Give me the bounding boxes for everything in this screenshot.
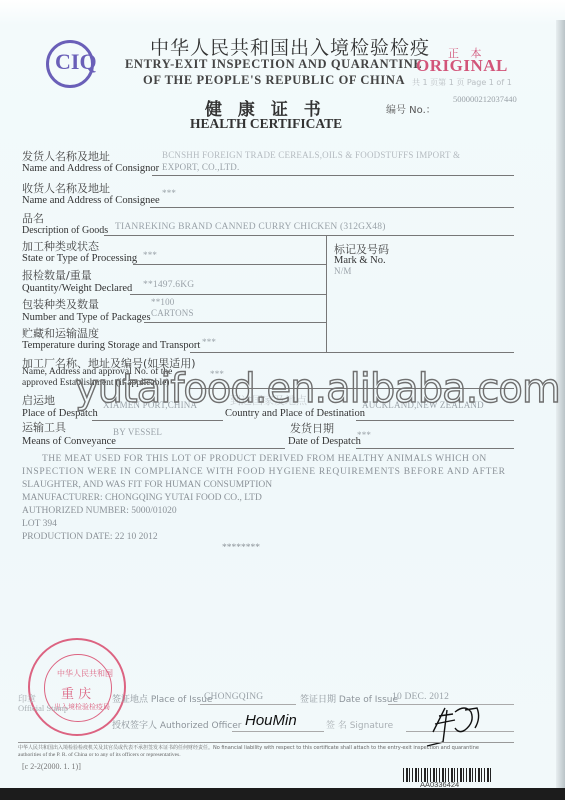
conveyance-label: Means of Conveyance	[22, 436, 116, 447]
quantity-underline	[130, 294, 326, 295]
disclaimer-line1: 中华人民共和国出入境检验检疫机关及其官员或代表不承担签发本证书的任何财经责任。N…	[18, 744, 479, 751]
seal-inner-top: 中华人民共和国	[57, 668, 113, 679]
lot-number: LOT 394	[22, 518, 57, 531]
footer-divider	[18, 742, 514, 743]
end-mark: ********	[222, 542, 260, 555]
logo-text: CIQ	[55, 49, 97, 75]
goods-label: Description of Goods	[22, 225, 108, 236]
statement-line3: SLAUGHTER, AND WAS FIT FOR HUMAN CONSUMP…	[22, 479, 272, 492]
place-of-issue-value: CHONGQING	[204, 692, 263, 702]
despatch-place-underline	[92, 420, 223, 421]
quantity-value: **1497.6KG	[143, 280, 194, 290]
authorized-number: AUTHORIZED NUMBER: 5000/01020	[22, 505, 177, 518]
packages-value-line2: CARTONS	[151, 308, 194, 318]
goods-label-zh: 品名	[22, 210, 44, 226]
quantity-label: Quantity/Weight Declared	[22, 283, 132, 294]
temperature-label-zh: 贮藏和运输温度	[22, 325, 99, 341]
page-info: 共 1 页第 1 页 Page 1 of 1	[412, 77, 512, 88]
temperature-value: ***	[202, 337, 216, 347]
agency-name-zh: 中华人民共和国出入境检验检疫	[150, 33, 430, 60]
seal-label: Official Stamp	[18, 703, 68, 713]
consignee-value: ***	[162, 188, 176, 198]
consignor-value-line2: EXPORT, CO.,LTD.	[162, 162, 239, 172]
consignee-underline	[150, 207, 514, 208]
despatch-date-label-zh: 发货日期	[290, 420, 334, 436]
goods-underline	[104, 235, 514, 236]
manufacturer: MANUFACTURER: CHONGQING YUTAI FOOD CO., …	[22, 492, 262, 505]
statement-line2: INSPECTION WERE IN COMPLIANCE WITH FOOD …	[22, 466, 506, 479]
conveyance-label-zh: 运输工具	[22, 419, 66, 435]
signature-mark-icon	[425, 702, 485, 747]
consignee-label-zh: 收货人名称及地址	[22, 180, 110, 196]
conveyance-underline	[106, 448, 285, 449]
despatch-date-underline	[356, 448, 514, 449]
despatch-place-label-zh: 启运地	[22, 392, 55, 408]
processing-underline	[133, 264, 326, 265]
date-of-issue-label: 签证日期 Date of Issue	[300, 692, 398, 705]
ciq-logo-icon: CIQ	[46, 40, 94, 88]
goods-value: TIANREKING BRAND CANNED CURRY CHICKEN (3…	[115, 222, 386, 232]
statement-line1: THE MEAT USED FOR THIS LOT OF PRODUCT DE…	[42, 453, 487, 466]
agency-name-en-line1: ENTRY-EXIT INSPECTION AND QUARANTINE	[125, 57, 422, 72]
quantity-label-zh: 报检数量/重量	[22, 267, 92, 283]
temperature-label: Temperature during Storage and Transport	[22, 340, 200, 351]
watermark-text: yutaifood.en.alibaba.com	[75, 366, 560, 412]
despatch-date-label: Date of Despatch	[288, 436, 361, 447]
production-date: PRODUCTION DATE: 22 10 2012	[22, 531, 158, 544]
authorized-officer-label: 授权签字人 Authorized Officer	[112, 718, 241, 731]
despatch-date-value: ***	[357, 430, 371, 440]
agency-name-en-line2: OF THE PEOPLE'S REPUBLIC OF CHINA	[143, 73, 405, 88]
original-label: ORIGINAL	[416, 56, 508, 76]
place-of-issue-label: 签证地点 Place of Issue	[112, 692, 212, 705]
date-of-issue-value: 10 DEC. 2012	[392, 692, 449, 702]
barcode-number: AA0336424	[420, 780, 459, 789]
disclaimer-line2: authorities of the P. R. of China or to …	[18, 752, 181, 758]
processing-label-zh: 加工种类或状态	[22, 238, 99, 254]
processing-value: ***	[143, 250, 157, 260]
title-en: HEALTH CERTIFICATE	[190, 116, 342, 132]
packages-underline	[144, 322, 326, 323]
packages-value-line1: **100	[151, 297, 175, 307]
packages-label: Number and Type of Packages	[22, 312, 151, 323]
consignee-label: Name and Address of Consignee	[22, 195, 160, 206]
packages-label-zh: 包装种类及数量	[22, 296, 99, 312]
temperature-underline	[190, 352, 514, 353]
signature-label: 签 名 Signature	[326, 718, 393, 731]
mark-box-divider	[326, 235, 327, 353]
mark-value: N/M	[334, 266, 352, 276]
consignor-label-zh: 发货人名称及地址	[22, 148, 110, 164]
certificate-number-label: 编号 No.：	[386, 101, 436, 116]
certificate-number: 500000212037440	[453, 94, 517, 104]
destination-underline	[356, 420, 514, 421]
mark-label: Mark & No.	[334, 255, 386, 266]
consignor-underline	[152, 175, 514, 176]
processing-label: State or Type of Processing	[22, 253, 137, 264]
consignor-value-line1: BCNSHH FOREIGN TRADE CEREALS,OILS & FOOD…	[162, 150, 460, 160]
consignor-label: Name and Address of Consignor	[22, 163, 159, 174]
form-code: [c 2-2(2000. 1. 1)]	[22, 762, 81, 771]
place-of-issue-underline	[200, 704, 296, 705]
authorized-officer-value: HouMin	[245, 712, 297, 729]
seal-inner-center: 重 庆	[61, 683, 91, 702]
conveyance-value: BY VESSEL	[113, 427, 162, 437]
authorized-officer-underline	[232, 731, 324, 732]
bottom-border	[0, 788, 565, 800]
